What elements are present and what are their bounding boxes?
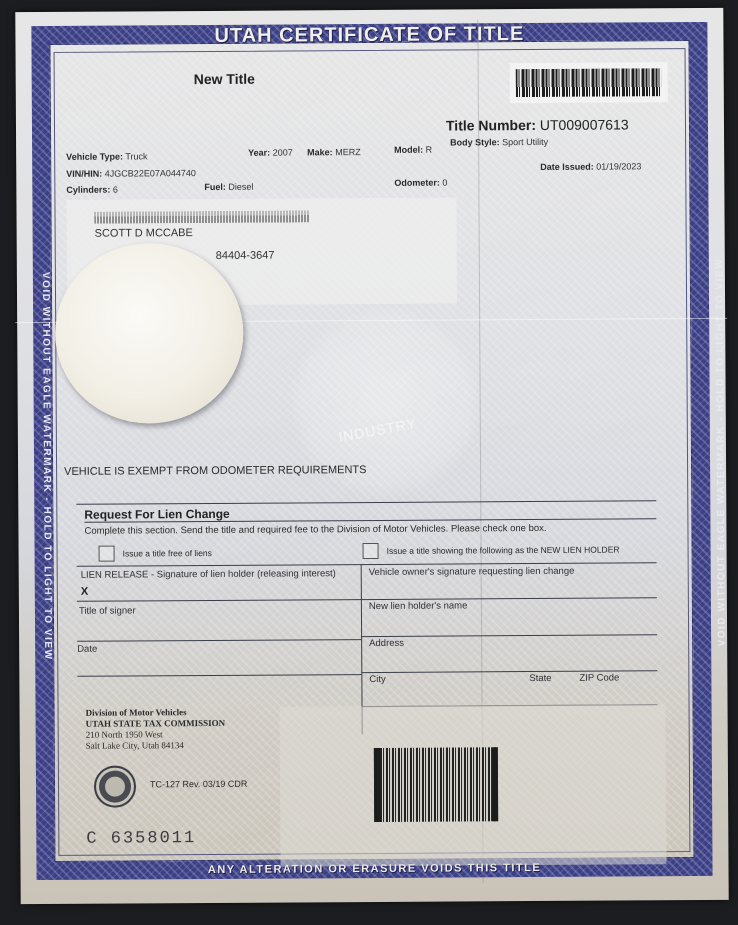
title-number-label: Title Number:	[446, 117, 536, 134]
title-number: Title Number: UT009007613	[446, 116, 629, 133]
checkbox-free-of-liens-label: Issue a title free of liens	[123, 548, 212, 559]
date-issued: Date Issued: 01/19/2023	[540, 161, 641, 172]
odometer-exempt-notice: VEHICLE IS EXEMPT FROM ODOMETER REQUIREM…	[64, 464, 366, 478]
form-number: TC-127 Rev. 03/19 CDR	[150, 779, 247, 790]
signature-mark: X	[81, 586, 88, 598]
year: Year: 2007	[248, 147, 293, 157]
cylinders: Cylinders: 6	[66, 185, 118, 195]
issuing-agency: Division of Motor Vehicles UTAH STATE TA…	[86, 707, 226, 752]
make: Make: MERZ	[307, 147, 361, 157]
body-style: Body Style: Sport Utility	[450, 137, 548, 148]
lien-release-label: LIEN RELEASE - Signature of lien holder …	[81, 568, 336, 581]
title-number-value: UT009007613	[540, 116, 629, 133]
serial-number: C 6358011	[86, 829, 196, 849]
date-label: Date	[77, 644, 97, 655]
vehicle-type: Vehicle Type: Truck	[66, 151, 147, 161]
lien-change-heading: Request For Lien Change	[84, 507, 229, 522]
section-divider	[76, 500, 656, 505]
agency-street: 210 North 1950 West	[86, 729, 226, 741]
pdf417-barcode-icon	[374, 747, 498, 822]
title-of-signer-label: Title of signer	[79, 605, 136, 616]
model: Model: R	[394, 145, 432, 155]
agency-commission: UTAH STATE TAX COMMISSION	[86, 718, 226, 730]
new-lien-holder-label: New lien holder's name	[369, 600, 468, 612]
date-line[interactable]	[77, 674, 361, 677]
checkbox-new-lien-holder-label: Issue a title showing the following as t…	[387, 544, 620, 555]
state-label: State	[529, 673, 551, 684]
lien-holder-name-line[interactable]	[361, 634, 657, 637]
owner-zip: 84404-3647	[216, 250, 275, 262]
certificate-banner: UTAH CERTIFICATE OF TITLE	[15, 22, 723, 48]
lien-change-instructions: Complete this section. Send the title an…	[84, 523, 546, 537]
agency-city: Salt Lake City, Utah 84134	[86, 740, 226, 752]
title-of-signer-line[interactable]	[77, 639, 361, 642]
lien-signature-line[interactable]	[77, 597, 657, 602]
cotton-pad-obstruction	[55, 243, 244, 424]
checkbox-free-of-liens[interactable]	[99, 546, 115, 562]
address-label: Address	[369, 638, 404, 649]
certificate-body: INDUSTRY New Title Title Number: UT00900…	[54, 48, 691, 856]
postal-barcode-icon	[95, 210, 309, 223]
city-label: City	[369, 674, 385, 685]
fuel: Fuel: Diesel	[204, 182, 253, 192]
state-seal-icon	[94, 765, 136, 807]
agency-division: Division of Motor Vehicles	[86, 707, 226, 719]
watermark-notice-right: VOID WITHOUT EAGLE WATERMARK - HOLD TO L…	[715, 258, 728, 647]
vin: VIN/HIN: 4JGCB22E07A044740	[66, 168, 196, 179]
checkbox-new-lien-holder[interactable]	[363, 543, 379, 559]
barcode-icon	[510, 62, 668, 103]
owner-name: SCOTT D MCCABE	[95, 227, 193, 240]
title-certificate: UTAH CERTIFICATE OF TITLE ANY ALTERATION…	[15, 8, 728, 904]
title-type: New Title	[194, 71, 255, 87]
zip-code-label: ZIP Code	[579, 672, 619, 683]
owner-signature-label: Vehicle owner's signature requesting lie…	[369, 566, 575, 578]
odometer: Odometer: 0	[394, 178, 447, 188]
